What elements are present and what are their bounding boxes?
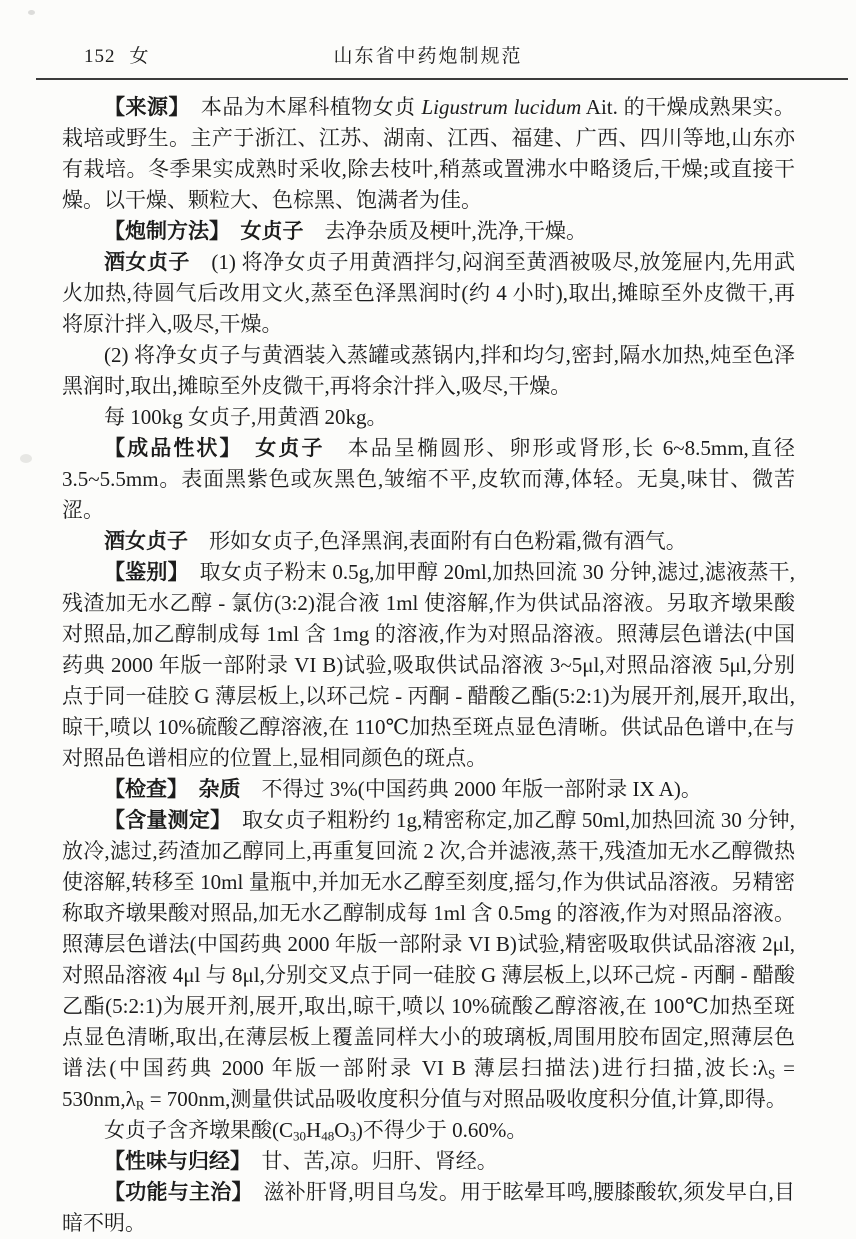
section-functions-indications: 【功能与主治】 滋补肝肾,明目乌发。用于眩晕耳鸣,腰膝酸软,须发早白,目暗不明。 <box>62 1177 795 1239</box>
bold-run: 【性味与归经】 <box>104 1150 241 1173</box>
subscript-run: 30 <box>293 1129 306 1144</box>
section-source: 【来源】 本品为木犀科植物女贞 Ligustrum lucidum Ait. 的… <box>62 92 795 216</box>
bold-run: 杂质 <box>199 778 241 801</box>
scan-speck <box>20 454 32 463</box>
text-run: 形如女贞子,色泽黑润,表面附有白色粉霜,微有酒气。 <box>188 529 687 553</box>
section-processing-method: 【炮制方法】 女贞子 去净杂质及梗叶,洗净,干燥。 <box>62 216 795 247</box>
text-run <box>220 219 241 243</box>
body-text: 【来源】 本品为木犀科植物女贞 Ligustrum lucidum Ait. 的… <box>62 92 795 1239</box>
header-rule <box>36 78 848 80</box>
bold-run: 酒女贞子 <box>104 530 188 553</box>
bold-run: 【鉴别】 <box>104 561 178 584</box>
text-run <box>178 777 199 801</box>
text-run: 本品为木犀科植物女贞 <box>179 95 421 119</box>
bold-run: 【来源】 <box>104 96 179 119</box>
subscript-run: 48 <box>321 1129 334 1144</box>
section-examination: 【检查】 杂质 不得过 3%(中国药典 2000 年版一部附录 IX A)。 <box>62 774 795 805</box>
scan-speck <box>28 10 35 15</box>
text-run: 取女贞子粉末 0.5g,加甲醇 20ml,加热回流 30 分钟,滤过,滤液蒸干,… <box>62 560 795 770</box>
bold-run: 【含量测定】 <box>104 809 221 832</box>
para-wine-processed-step1: 酒女贞子 (1) 将净女贞子用黄酒拌匀,闷润至黄酒被吸尽,放笼屉内,先用武火加热… <box>62 247 795 340</box>
text-run: 女贞子含齐墩果酸(C <box>104 1118 293 1142</box>
section-assay: 【含量测定】 取女贞子粗粉约 1g,精密称定,加乙醇 50ml,加热回流 30 … <box>62 805 795 1115</box>
page-header: 152 女 山东省中药炮制规范 <box>62 44 794 70</box>
text-run <box>232 436 255 460</box>
bold-run: 【成品性状】 <box>104 437 232 460</box>
para-assay-limit: 女贞子含齐墩果酸(C30H48O3)不得少于 0.60%。 <box>62 1115 795 1146</box>
text-run: (2) 将净女贞子与黄酒装入蒸罐或蒸锅内,拌和均匀,密封,隔水加热,炖至色泽黑润… <box>62 343 795 398</box>
bold-run: 女贞子 <box>255 437 324 460</box>
text-run: 取女贞子粗粉约 1g,精密称定,加乙醇 50ml,加热回流 30 分钟,放冷,滤… <box>62 808 795 1080</box>
para-wine-product-characters: 酒女贞子 形如女贞子,色泽黑润,表面附有白色粉霜,微有酒气。 <box>62 526 795 557</box>
bold-run: 女贞子 <box>241 220 304 243</box>
text-run: )不得少于 0.60%。 <box>356 1118 528 1142</box>
bold-run: 【检查】 <box>104 778 178 801</box>
text-run: 不得过 3%(中国药典 2000 年版一部附录 IX A)。 <box>241 777 702 801</box>
text-run: 甘、苦,凉。归肝、肾经。 <box>241 1149 498 1173</box>
latin-name-run: Ligustrum lucidum <box>421 95 581 119</box>
book-title: 山东省中药炮制规范 <box>62 44 794 70</box>
text-run: = 700nm,测量供试品吸收度积分值与对照品吸收度积分值,计算,即得。 <box>144 1087 786 1111</box>
text-run: H <box>306 1118 321 1142</box>
text-run: 每 100kg 女贞子,用黄酒 20kg。 <box>104 405 388 429</box>
section-product-characters: 【成品性状】 女贞子 本品呈椭圆形、卵形或肾形,长 6~8.5mm,直径 3.5… <box>62 433 795 526</box>
para-wine-ratio: 每 100kg 女贞子,用黄酒 20kg。 <box>62 402 795 433</box>
bold-run: 酒女贞子 <box>104 251 190 274</box>
text-run: O <box>334 1118 349 1142</box>
section-taste-meridian: 【性味与归经】 甘、苦,凉。归肝、肾经。 <box>62 1146 795 1177</box>
pharmacopoeia-page: 152 女 山东省中药炮制规范 【来源】 本品为木犀科植物女贞 Ligustru… <box>0 0 856 1239</box>
bold-run: 【炮制方法】 <box>104 220 220 243</box>
bold-run: 【功能与主治】 <box>104 1181 242 1204</box>
para-wine-processed-step2: (2) 将净女贞子与黄酒装入蒸罐或蒸锅内,拌和均匀,密封,隔水加热,炖至色泽黑润… <box>62 340 795 402</box>
section-identification: 【鉴别】 取女贞子粉末 0.5g,加甲醇 20ml,加热回流 30 分钟,滤过,… <box>62 557 795 774</box>
text-run: 去净杂质及梗叶,洗净,干燥。 <box>304 219 588 243</box>
